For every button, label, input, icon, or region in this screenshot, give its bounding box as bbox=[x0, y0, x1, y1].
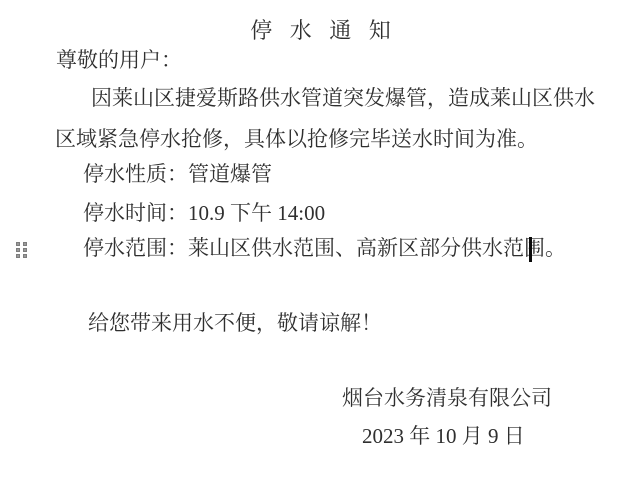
drag-handle-dot bbox=[16, 254, 20, 258]
signature-company-line[interactable]: 烟台水务清泉有限公司 bbox=[342, 386, 552, 411]
drag-handle-dot bbox=[23, 248, 27, 252]
document-page[interactable]: 停 水 通 知 尊敬的用户： 因莱山区捷爱斯路供水管道突发爆管，造成莱山区供水 … bbox=[0, 0, 633, 485]
body-paragraph-line-1[interactable]: 因莱山区捷爱斯路供水管道突发爆管，造成莱山区供水 bbox=[91, 86, 595, 111]
text-cursor bbox=[529, 237, 532, 262]
notice-title[interactable]: 停 水 通 知 bbox=[7, 14, 633, 45]
apology-line[interactable]: 给您带来用水不便，敬请谅解！ bbox=[88, 311, 382, 336]
drag-handle-dot bbox=[23, 242, 27, 246]
drag-handle-dot bbox=[16, 242, 20, 246]
drag-handle-dot bbox=[16, 248, 20, 252]
outage-time-line[interactable]: 停水时间：10.9 下午 14:00 bbox=[83, 201, 325, 226]
drag-handle-dot bbox=[23, 254, 27, 258]
salutation-line[interactable]: 尊敬的用户： bbox=[56, 48, 182, 73]
outage-scope-line[interactable]: 停水范围：莱山区供水范围、高新区部分供水范围。 bbox=[83, 236, 566, 261]
signature-date-line[interactable]: 2023 年 10 月 9 日 bbox=[362, 424, 525, 449]
drag-handle-icon[interactable] bbox=[16, 242, 27, 258]
document-editor: { "page": { "background_color": "#ffffff… bbox=[0, 0, 633, 485]
body-paragraph-line-2[interactable]: 区域紧急停水抢修，具体以抢修完毕送水时间为准。 bbox=[55, 127, 538, 152]
outage-nature-line[interactable]: 停水性质：管道爆管 bbox=[83, 162, 272, 187]
